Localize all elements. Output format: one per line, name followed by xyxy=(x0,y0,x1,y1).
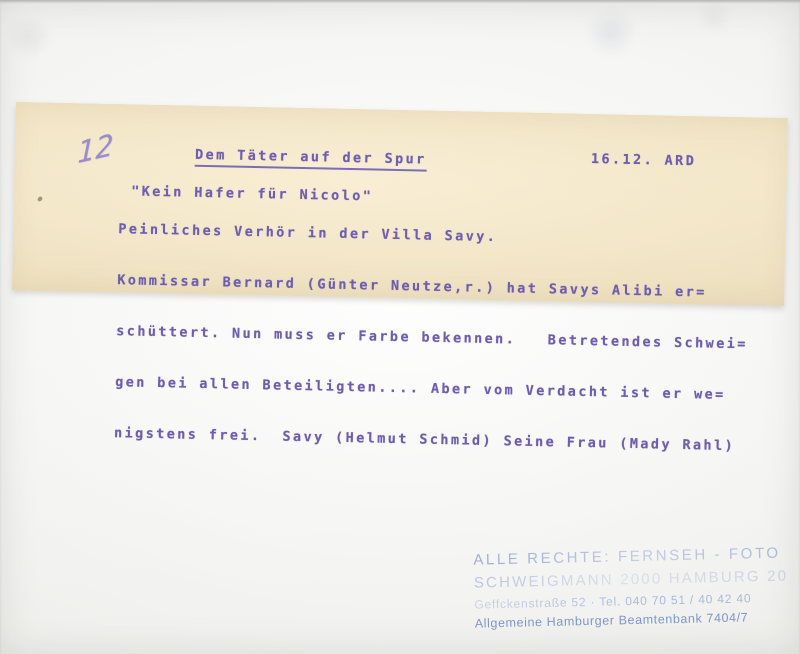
caption-date: 16.12. ARD xyxy=(591,151,697,170)
paper-speck xyxy=(37,196,43,202)
caption-title: Dem Täter auf der Spur xyxy=(195,147,427,172)
caption-body-line: Kommissar Bernard (Günter Neutze,r.) hat… xyxy=(117,272,757,302)
caption-strip: 12 Dem Täter auf der Spur "Kein Hafer fü… xyxy=(12,102,788,306)
stamp-bank-line: Allgemeine Hamburger Beamtenbank 7404/7 xyxy=(475,609,795,630)
stamp-address-line: Geffckenstraße 52 · Tel. 040 70 51 / 40 … xyxy=(474,590,794,611)
smudge xyxy=(6,14,52,60)
paper-top-edge xyxy=(0,0,800,3)
photo-back-paper: 12 Dem Täter auf der Spur "Kein Hafer fü… xyxy=(0,0,800,654)
smudge xyxy=(694,2,734,32)
caption-body-line: nigstens frei. Savy (Helmut Schmid) Sein… xyxy=(114,425,754,455)
caption-body: Peinliches Verhör in der Villa Savy. Kom… xyxy=(113,187,759,489)
rights-stamp: ALLE RECHTE: FERNSEH - FOTO SCHWEIGMANN … xyxy=(473,544,795,630)
caption-body-line: gen bei allen Beteiligten.... Aber vom V… xyxy=(115,374,755,404)
smudge xyxy=(585,6,637,58)
stamp-rights-line: ALLE RECHTE: FERNSEH - FOTO xyxy=(473,544,793,568)
stamp-owner-line: SCHWEIGMANN 2000 HAMBURG 20 xyxy=(474,567,794,591)
caption-body-line: schüttert. Nun muss er Farbe bekennen. B… xyxy=(116,323,756,353)
handwritten-number: 12 xyxy=(77,127,114,170)
caption-body-line: Peinliches Verhör in der Villa Savy. xyxy=(118,221,758,251)
